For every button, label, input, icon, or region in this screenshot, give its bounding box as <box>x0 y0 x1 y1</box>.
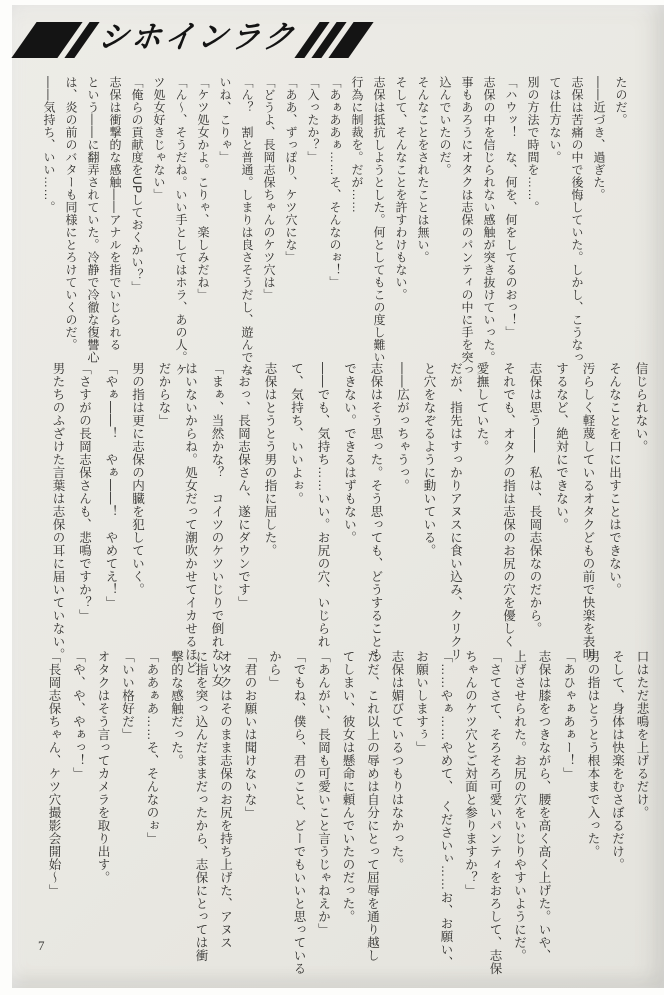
text-column: 口はただ悲鳴を上げるだけ。 <box>630 650 655 966</box>
text-column: ――広がっちゃうっ。 <box>389 362 416 654</box>
text-column: はいないからね。処女だって潮吹かせてイカせるほど <box>177 362 204 654</box>
text-column: だからな」 <box>151 362 178 654</box>
text-column: は、炎の前のバターも同様にとろけていくのだ。 <box>60 76 82 368</box>
text-column: 「ああぁあ……そ、そんなのぉ」 <box>140 650 165 966</box>
text-column: 「あぁああぁ……そ、そんなのぉ！」 <box>324 76 346 368</box>
text-column: 志保はとうとう男の指に屈した。 <box>257 362 284 654</box>
text-column: 「やぁ――！ やぁ――！ やめてえ！」 <box>98 362 125 654</box>
text-column: 信じられない。 <box>628 362 655 654</box>
text-column: 「でもね、僕ら、君のこと、どーでもいいと思っている <box>287 650 312 966</box>
text-column: 「さすがの長岡志保さんも、悲鳴ですか？」 <box>71 362 98 654</box>
text-column: 「おっ、長岡志保さん、遂にダウンです」 <box>230 362 257 654</box>
text-column: ――近づき、過ぎた。 <box>588 76 610 368</box>
text-column: 撃的な感触だった。 <box>164 650 189 966</box>
text-column: 愛撫していた。 <box>469 362 496 654</box>
text-column: 志保はそう思った。そう思っても、どうすることも <box>363 362 390 654</box>
text-column: たのだ。 <box>610 76 632 368</box>
text-column: オタクはそのまま志保のお尻を持ち上げた、アヌス <box>213 650 238 966</box>
logo-title: シホインラク <box>91 22 302 58</box>
text-column: 「まぁ、当然かな？ コイツのケツいじりで倒れない女 <box>204 362 231 654</box>
text-column: 志保は衝撃的な感触――アナルを指でいじられる <box>104 76 126 368</box>
text-column: 男の指は更に志保の内臓を犯していく。 <box>124 362 151 654</box>
text-column: 「さてさて、そろそろ可愛いパンティをおろして、志保 <box>483 650 508 966</box>
text-column: 志保は苦痛の中で後悔していた。しかし、こうなっ <box>566 76 588 368</box>
text-column: それでも、オタクの指は志保のお尻の穴を優しく <box>495 362 522 654</box>
text-column: ちゃんのケツ穴とご対面と参りますか？」 <box>458 650 483 966</box>
text-column: ――でも、気持ち……いい。お尻の穴、いじられ <box>310 362 337 654</box>
text-column: ――気持ち、いい……。 <box>38 76 60 368</box>
text-column: お願いしますぅ」 <box>409 650 434 966</box>
text-column: 男たちのふざけた言葉は志保の耳に届いていない。 <box>45 362 72 654</box>
text-column: 事もあろうにオタクは志保のパンティの中に手を突っ <box>456 76 478 368</box>
text-column: てしまい、彼女は懸命に頼んでいたのだった。 <box>336 650 361 966</box>
scanned-page: シホインラク たのだ。――近づき、過ぎた。志保は苦痛の中で後悔していた。しかし、… <box>0 0 664 995</box>
text-column: 別の方法で時間を……。 <box>522 76 544 368</box>
text-column: そんなことをされたことは無い。 <box>412 76 434 368</box>
page-number: 7 <box>38 938 45 954</box>
text-column: できない。できるはずもない。 <box>336 362 363 654</box>
text-column: 「君のお願いは聞けないな」 <box>238 650 263 966</box>
text-column: そして、そんなことを許すわけもない。 <box>390 76 412 368</box>
text-band-top: たのだ。――近づき、過ぎた。志保は苦痛の中で後悔していた。しかし、こうなっては仕… <box>32 76 632 368</box>
text-column: オタクはそう言ってカメラを取り出す。 <box>91 650 116 966</box>
text-column: ただ、これ以上の辱めは自分にとって屈辱を通り越し <box>360 650 385 966</box>
text-column: 志保は抵抗しようとした。何としてもこの度し難い <box>368 76 390 368</box>
text-column: 上げさせられた。お尻の穴をいじりやすいようにだ。 <box>507 650 532 966</box>
text-column: 志保は膝をつきながら、腰を高く高く上げた。いや、 <box>532 650 557 966</box>
text-column: 志保は思う―― 私は、長岡志保なのだから。 <box>522 362 549 654</box>
text-column: 「ん？ 割と普通。しまりは良さそうだし、遊んでな <box>236 76 258 368</box>
text-column: 「入ったか？」 <box>302 76 324 368</box>
text-column: 「……やぁ……やめて、 くださいぃ……お、お願い、 <box>434 650 459 966</box>
text-column: 男の指はとうとう根本まで入った。 <box>581 650 606 966</box>
text-column: 「や、や、やぁっ！」 <box>66 650 91 966</box>
text-column: 行為に制裁を。だが…… <box>346 76 368 368</box>
text-column: 「ケツ処女かよ。こりゃ、楽しみだね」 <box>192 76 214 368</box>
text-column: から」 <box>262 650 287 966</box>
text-column: ては仕方ない。 <box>544 76 566 368</box>
text-band-bottom: 口はただ悲鳴を上げるだけ。そして、身体は快楽をむさぼるだけ。男の指はとうとう根本… <box>40 650 654 966</box>
text-column: 「いい格好だ」 <box>115 650 140 966</box>
text-column: 「ん～、そうだね。いい手としてはホラ、あの人。ケ <box>170 76 192 368</box>
text-column: 「あんがい、長岡も可愛いこと言うじゃねえか」 <box>311 650 336 966</box>
text-column: て、気持ち、いいよぉ。 <box>283 362 310 654</box>
text-column: 「俺らの貢献度をUPしておくかい？」 <box>126 76 148 368</box>
text-column: ツ処女好きじゃない」 <box>148 76 170 368</box>
header-logo: シホインラク <box>24 16 361 64</box>
text-column: だが、指先はすっかりアヌスに食い込み、クリクリ <box>442 362 469 654</box>
text-column: 志保は媚びているつもりはなかった。 <box>385 650 410 966</box>
text-column: そんなことを口に出すことはできない。 <box>601 362 628 654</box>
text-column: 「ああ、ずっぽり、ケツ穴にな」 <box>280 76 302 368</box>
text-column: するなど、絶対にできない。 <box>548 362 575 654</box>
text-column: 「長岡志保ちゃん、ケツ穴撮影会開始～」 <box>42 650 67 966</box>
text-column: と穴をなぞるように動いている。 <box>416 362 443 654</box>
text-column: そして、身体は快楽をむさぼるだけ。 <box>605 650 630 966</box>
text-column: という――に翻弄されていた。冷静で冷徹な復讐心 <box>82 76 104 368</box>
text-column: 「ハウッ！ な、何を、何をしてるのおっ！」 <box>500 76 522 368</box>
text-column: に指を突っ込んだままだったから、志保にとっては衝 <box>189 650 214 966</box>
text-column: 「どうよ、長岡志保ちゃんのケツ穴は」 <box>258 76 280 368</box>
text-column: 「あひゃぁあぁー！」 <box>556 650 581 966</box>
text-column: 込んでいたのだ。 <box>434 76 456 368</box>
text-column: 志保の中を信じられない感触が突き抜けていった。 <box>478 76 500 368</box>
text-column: いね、こりゃ」 <box>214 76 236 368</box>
text-column: 汚らしく軽蔑しているオタクどもの前で快楽を表明 <box>575 362 602 654</box>
text-band-middle: 信じられない。そんなことを口に出すことはできない。汚らしく軽蔑しているオタクども… <box>42 362 654 654</box>
